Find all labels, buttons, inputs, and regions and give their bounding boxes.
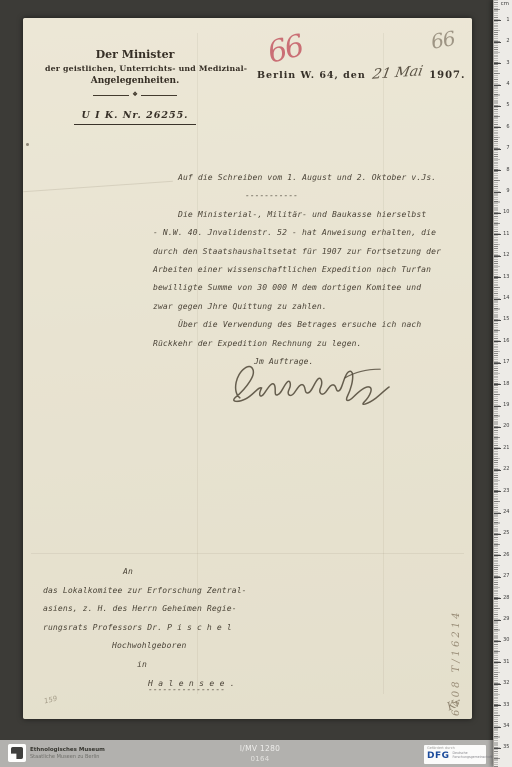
ruler-cm-number: 2 — [506, 39, 509, 44]
pencil-folio-number: 66 — [429, 26, 456, 54]
ruler-cm-number: 20 — [503, 424, 509, 429]
ruler-cm-tick — [494, 170, 501, 171]
ruler-cm-tick — [494, 577, 501, 578]
ruler-cm-number: 11 — [503, 232, 509, 237]
ruler-cm-number: 15 — [503, 317, 509, 322]
paper-speck — [26, 143, 29, 146]
pencil-corner-note: 159 — [43, 695, 58, 706]
ruler-cm-tick — [494, 42, 501, 43]
typed-line: bewilligte Summe von 30 000 M dem dortig… — [153, 279, 441, 297]
ruler-cm-number: 34 — [503, 724, 509, 729]
ruler-cm-number: 14 — [503, 296, 509, 301]
ruler-unit-label: cm — [501, 1, 509, 7]
ruler-cm-number: 23 — [503, 489, 509, 494]
ruler-cm-tick — [494, 341, 501, 342]
ruler-cm-tick — [494, 513, 501, 514]
ruler-cm-number: 29 — [503, 617, 509, 622]
ruler-cm-tick — [494, 555, 501, 556]
address-line: An — [43, 563, 247, 582]
letterhead-subtitle: der geistlichen, Unterrichts- und Medizi… — [45, 62, 225, 75]
footer-bar: Ethnologisches Museum Staatliche Museen … — [0, 740, 494, 767]
museum-institution: Staatliche Museen zu Berlin — [30, 754, 105, 760]
museum-logo-icon — [8, 744, 26, 762]
dfg-logo-row: DFG Deutsche Forschungsgemeinschaft — [427, 751, 483, 761]
ruler-cm-tick — [494, 684, 501, 685]
ruler-cm-tick — [494, 234, 501, 235]
ruler-cm-tick — [494, 192, 501, 193]
address-line: asiens, z. H. des Herrn Geheimen Regie- — [43, 600, 247, 619]
ornament-rule — [141, 95, 177, 96]
letterhead-subtitle2: Angelegenheiten. — [45, 75, 225, 88]
typed-line: Rückkehr der Expedition Rechnung zu lege… — [153, 335, 441, 353]
typed-line: Die Ministerial-, Militär- und Baukasse … — [153, 206, 441, 224]
ruler-cm-number: 16 — [503, 339, 509, 344]
ruler-cm-tick — [494, 20, 501, 21]
ruler-cm-tick — [494, 448, 501, 449]
typed-line: Über die Verwendung des Betrages ersuche… — [153, 316, 441, 334]
dateline: Berlin W. 64, den 21 Mai 1907. — [257, 66, 466, 82]
ruler-cm-number: 13 — [503, 275, 509, 280]
typed-line: Auf die Schreiben vom 1. August und 2. O… — [153, 169, 441, 187]
ruler-cm-tick — [494, 534, 501, 535]
ruler-cm-number: 12 — [503, 253, 509, 258]
ruler-cm-number: 26 — [503, 553, 509, 558]
typed-line: ----------- — [153, 187, 441, 205]
paper-crease — [23, 181, 173, 192]
ruler-cm-tick — [494, 277, 501, 278]
ruler-cm-number: 31 — [503, 660, 509, 665]
museum-text: Ethnologisches Museum Staatliche Museen … — [30, 747, 105, 760]
museum-name: Ethnologisches Museum — [30, 747, 105, 754]
ruler-cm-number: 10 — [503, 210, 509, 215]
dateline-printed: Berlin W. 64, den — [257, 70, 366, 81]
cm-ruler: cm 1234567891011121314151617181920212223… — [493, 0, 512, 767]
ruler-cm-number: 21 — [503, 446, 509, 451]
ruler-cm-tick — [494, 470, 501, 471]
typed-line: Arbeiten einer wissenschaftlichen Expedi… — [153, 261, 441, 279]
ruler-cm-number: 32 — [503, 681, 509, 686]
ruler-cm-tick — [494, 598, 501, 599]
ruler-cm-tick — [494, 106, 501, 107]
ruler-cm-tick — [494, 256, 501, 257]
ruler-cm-number: 9 — [506, 189, 509, 194]
ruler-cm-tick — [494, 705, 501, 706]
ruler-cm-number: 6 — [506, 125, 509, 130]
inventory-ids: I/MV 1280 0164 — [220, 744, 300, 764]
document-scan-viewer: Der Minister der geistlichen, Unterricht… — [0, 0, 512, 767]
ruler-cm-number: 8 — [506, 168, 509, 173]
ruler-cm-tick — [494, 620, 501, 621]
dfg-wordmark: DFG — [427, 751, 450, 761]
ruler-cm-tick — [494, 727, 501, 728]
typed-line: - N.W. 40. Jnvalidenstr. 52 - hat Anweis… — [153, 224, 441, 242]
ruler-cm-number: 35 — [503, 745, 509, 750]
dateline-year: 1907. — [429, 70, 465, 81]
ruler-cm-tick — [494, 149, 501, 150]
address-line: Hochwohlgeboren — [43, 637, 247, 656]
address-line: rungsrats Professors Dr. P i s c h e l — [43, 619, 247, 638]
ruler-cm-number: 18 — [503, 382, 509, 387]
ruler-cm-tick — [494, 363, 501, 364]
letterhead-title: Der Minister — [45, 48, 225, 62]
ruler-cm-number: 3 — [506, 61, 509, 66]
museum-branding: Ethnologisches Museum Staatliche Museen … — [8, 744, 105, 762]
address-line: in — [43, 656, 247, 675]
red-folio-number: 66 — [264, 28, 306, 70]
ruler-cm-tick — [494, 320, 501, 321]
address-block: Andas Lokalkomitee zur Erforschung Zentr… — [43, 563, 247, 700]
ruler-cm-tick — [494, 641, 501, 642]
ruler-cm-number: 28 — [503, 596, 509, 601]
address-line: das Lokalkomitee zur Erforschung Zentral… — [43, 582, 247, 601]
inventory-number: I/MV 1280 — [220, 744, 300, 754]
letter-page: Der Minister der geistlichen, Unterricht… — [23, 18, 472, 719]
ruler-cm-number: 25 — [503, 531, 509, 536]
typed-line: durch den Staatshaushaltsetat für 1907 z… — [153, 243, 441, 261]
ruler-cm-number: 1 — [506, 18, 509, 23]
ruler-cm-tick — [494, 427, 501, 428]
ruler-cm-number: 33 — [503, 703, 509, 708]
dateline-handwritten-date: 21 Mai — [371, 63, 424, 82]
ruler-cm-tick — [494, 63, 501, 64]
ruler-cm-tick — [494, 384, 501, 385]
scan-page-number: 0164 — [220, 754, 300, 764]
ruler-cm-number: 7 — [506, 146, 509, 151]
pencil-side-note-vertical: 6408 T/16214 — [451, 546, 462, 716]
handwritten-signature: Schmidt — [228, 358, 396, 412]
ruler-cm-tick — [494, 662, 501, 663]
ruler-cm-tick — [494, 299, 501, 300]
ruler-cm-tick — [494, 491, 501, 492]
ruler-cm-tick — [494, 213, 501, 214]
ruler-cm-number: 27 — [503, 574, 509, 579]
letterhead-ornament: ❖ — [93, 92, 177, 98]
ruler-cm-tick — [494, 748, 501, 749]
ruler-cm-tick — [494, 127, 501, 128]
diamond-ornament-icon: ❖ — [129, 92, 140, 98]
ruler-cm-number: 5 — [506, 103, 509, 108]
ruler-cm-number: 30 — [503, 638, 509, 643]
dfg-full-name: Deutsche Forschungsgemeinschaft — [453, 752, 485, 760]
ruler-cm-number: 19 — [503, 403, 509, 408]
ruler-cm-number: 24 — [503, 510, 509, 515]
horizontal-fold-line — [31, 553, 464, 554]
ruler-cm-number: 22 — [503, 467, 509, 472]
ruler-cm-number: 4 — [506, 82, 509, 87]
ruler-cm-tick — [494, 85, 501, 86]
ruler-cm-number: 17 — [503, 360, 509, 365]
letterhead: Der Minister der geistlichen, Unterricht… — [45, 48, 225, 125]
address-underline: ---------------- — [43, 681, 247, 700]
dfg-funded-by-label: Gefördert durch — [427, 746, 483, 750]
ruler-cm-tick — [494, 406, 501, 407]
letter-body: Auf die Schreiben vom 1. August und 2. O… — [153, 169, 441, 371]
typed-line: zwar gegen Jhre Quittung zu zahlen. — [153, 298, 441, 316]
ornament-rule — [93, 95, 129, 96]
file-reference-number: U I K. Nr. 26255. — [74, 110, 195, 125]
dfg-logo: Gefördert durch DFG Deutsche Forschungsg… — [424, 745, 486, 764]
museum-logo-glyph-icon — [11, 747, 23, 759]
